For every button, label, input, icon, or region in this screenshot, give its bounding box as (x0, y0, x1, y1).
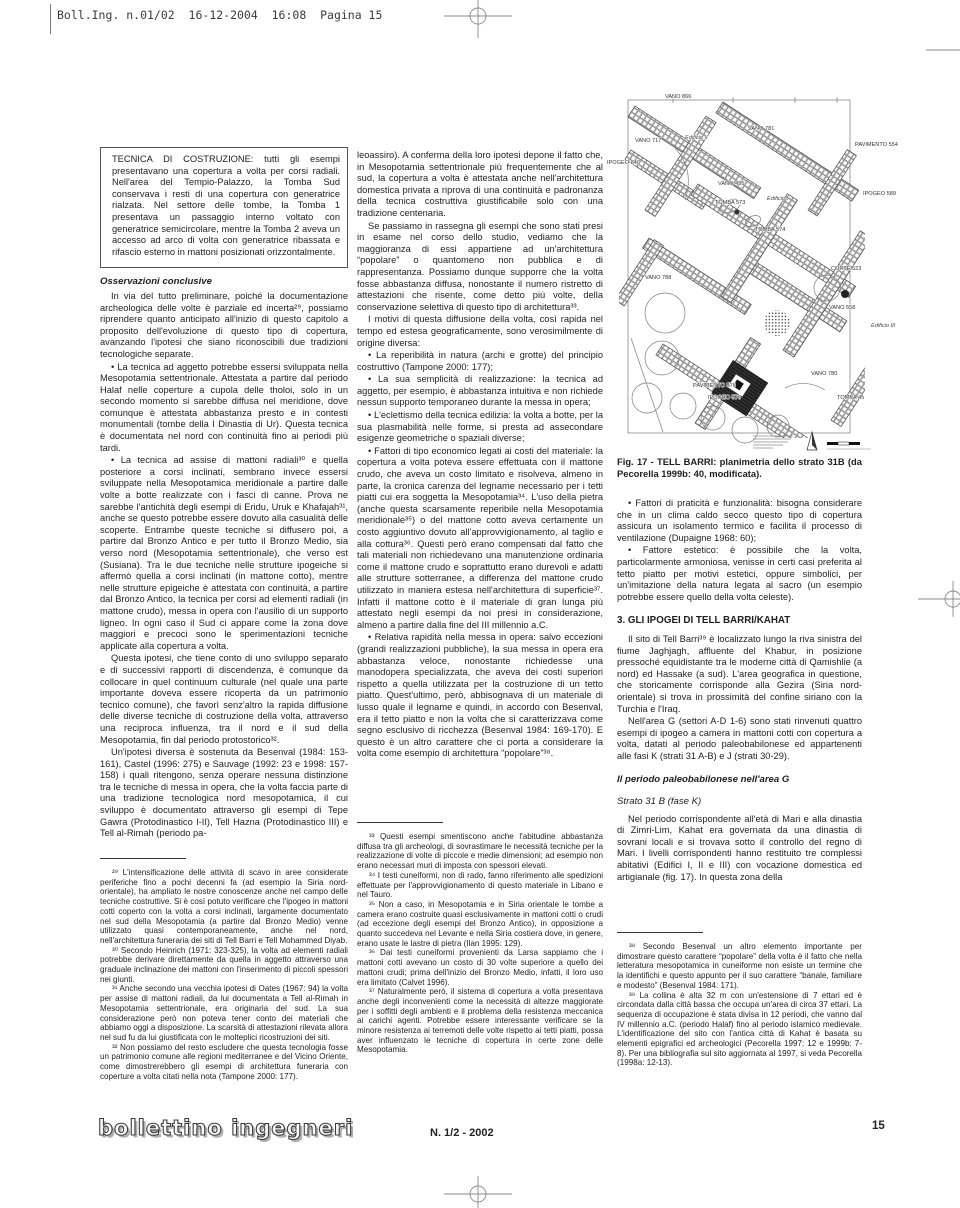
heading-osservazioni-conclusive: Osservazioni conclusive (100, 276, 348, 288)
bullet-paragraph: • Fattore estetico: è possibile che la v… (617, 545, 862, 603)
footnote-38: ³⁸ Secondo Besenval un altro elemento im… (617, 942, 862, 991)
footnote-separator (357, 822, 443, 823)
subheading-periodo-paleobabilonese: Il periodo paleobabilonese nell'area G (617, 774, 862, 786)
footnote-29: ²⁹ L'intensificazione delle attività di … (100, 868, 348, 946)
footnote-30: ³⁰ Secondo Heinrich (1971: 323-325), la … (100, 946, 348, 985)
bullet-paragraph: • Fattori di tipo economico legati ai co… (357, 446, 603, 632)
boxed-catalog-note: TECNICA DI COSTRUZIONE: tutti gli esempi… (100, 147, 348, 268)
plan-label: Edificio III (871, 323, 896, 329)
footnote-separator (617, 932, 703, 933)
plan-label: IPOGEO 578 (708, 395, 741, 401)
plan-tomb-marker (735, 210, 740, 215)
plan-label: Edificio I (767, 196, 789, 202)
plan-label: VANO 788 (645, 275, 671, 281)
proof-tick-line (50, 4, 51, 34)
footnote-32: ³² Non possiamo del resto escludere che … (100, 1043, 348, 1082)
column-left: TECNICA DI COSTRUZIONE: tutti gli esempi… (100, 145, 348, 851)
body-paragraph: In via del tutto preliminare, poiché la … (100, 291, 348, 361)
plan-label: VANO 781 (748, 126, 774, 132)
body-paragraph: I motivi di questa diffusione della volt… (357, 314, 603, 349)
footnote-35: ³⁵ Non a caso, in Mesopotamia e in Siria… (357, 900, 603, 949)
plan-label: CORTE 523 (831, 266, 861, 272)
bullet-paragraph: • La reperibilità in natura (archi e gro… (357, 350, 603, 373)
page-number: 15 (872, 1120, 885, 1132)
bullet-paragraph: • Fattori di praticità e funzionalità: b… (617, 498, 862, 544)
plan-label: TOMBA 573 (715, 200, 745, 206)
plan-label: VANO 717 (635, 138, 661, 144)
plan-label: TOMBA 574 (755, 227, 785, 233)
body-paragraph: Questa ipotesi, che tiene conto di uno s… (100, 653, 348, 746)
body-paragraph: Nell'area G (settori A-D 1-6) sono stati… (617, 716, 862, 762)
body-paragraph: Un'ipotesi diversa è sostenuta da Besenv… (100, 747, 348, 840)
registration-mark-top-icon (444, 0, 512, 38)
plan-label: PAVIMENTO 576 (693, 383, 736, 389)
footnotes-left: ²⁹ L'intensificazione delle attività di … (100, 868, 348, 1120)
footnote-33: ³³ Questi esempi smentiscono anche l'abi… (357, 832, 603, 871)
plan-label: TOMBA 45 (837, 395, 864, 401)
plan-label: IPOGEO 840 (607, 160, 640, 166)
registration-mark-bottom-icon (444, 1176, 512, 1208)
bullet-paragraph: • La tecnica ad aggetto potrebbe essersi… (100, 362, 348, 455)
journal-logo: bollettino ingegneri (98, 1116, 353, 1140)
section-heading-ipogei: 3. GLI IPOGEI DI TELL BARRI/KAHAT (617, 615, 862, 627)
body-paragraph: leoassiro). A conferma della loro ipotes… (357, 150, 603, 220)
scale-bar (827, 442, 871, 449)
plan-label: VANO 866 (665, 94, 691, 100)
body-paragraph: Il sito di Tell Barri³⁹ è localizzato lu… (617, 634, 862, 715)
subheading-strato-31b: Strato 31 B (fase K) (617, 796, 862, 808)
plan-scatter-area (764, 310, 790, 336)
figure-caption: Fig. 17 - TELL BARRI: planimetria dello … (617, 456, 862, 480)
column-middle: leoassiro). A conferma della loro ipotes… (357, 150, 603, 816)
footnote-36: ³⁶ Dai testi cuneiformi provenienti da L… (357, 948, 603, 987)
footnotes-middle: ³³ Questi esempi smentiscono anche l'abi… (357, 832, 603, 1094)
north-arrow-icon (807, 432, 817, 450)
issue-number: N. 1/2 - 2002 (430, 1127, 494, 1139)
body-paragraph: Nel periodo corrispondente all'età di Ma… (617, 814, 862, 884)
plan-label: PAVIMENTO 554 (855, 142, 898, 148)
column-right: • Fattori di praticità e funzionalità: b… (617, 498, 862, 926)
figure-tell-barri-plan: VANO 866 VANO 717 IPOGEO 840 VANO 781 Ed… (605, 88, 895, 456)
scanned-journal-page: Boll.Ing. n.01/02 16-12-2004 16:08 Pagin… (0, 0, 960, 1208)
plan-dark-feature (841, 290, 849, 298)
registration-mark-right-icon (918, 581, 960, 617)
plan-label: Edificio II (685, 135, 708, 141)
plan-label: VANO 780 (811, 371, 837, 377)
footnotes-right: ³⁸ Secondo Besenval un altro elemento im… (617, 942, 862, 1102)
plan-label: VANO 558 (829, 305, 855, 311)
bullet-paragraph: • Relativa rapidità nella messa in opera… (357, 632, 603, 760)
print-proof-header: Boll.Ing. n.01/02 16-12-2004 16:08 Pagin… (57, 8, 382, 22)
bullet-paragraph: • La sua semplicità di realizzazione: la… (357, 374, 603, 409)
bullet-paragraph: • La tecnica ad assise di mattoni radial… (100, 455, 348, 652)
footnote-separator (100, 858, 186, 859)
plan-label: IPOGEO 589 (863, 191, 896, 197)
footnote-31: ³¹ Anche secondo una vecchia ipotesi di … (100, 984, 348, 1042)
footnote-39: ³⁹ La collina è alta 32 m con un'estensi… (617, 991, 862, 1069)
bullet-paragraph: • L'eclettismo della tecnica edilizia: l… (357, 410, 603, 445)
body-paragraph: Se passiamo in rassegna gli esempi che s… (357, 221, 603, 314)
plan-label: VANO 495 (718, 181, 744, 187)
footnote-37: ³⁷ Naturalmente però, il sistema di cope… (357, 987, 603, 1055)
footnote-34: ³⁴ I testi cuneiformi, non di rado, fann… (357, 871, 603, 900)
